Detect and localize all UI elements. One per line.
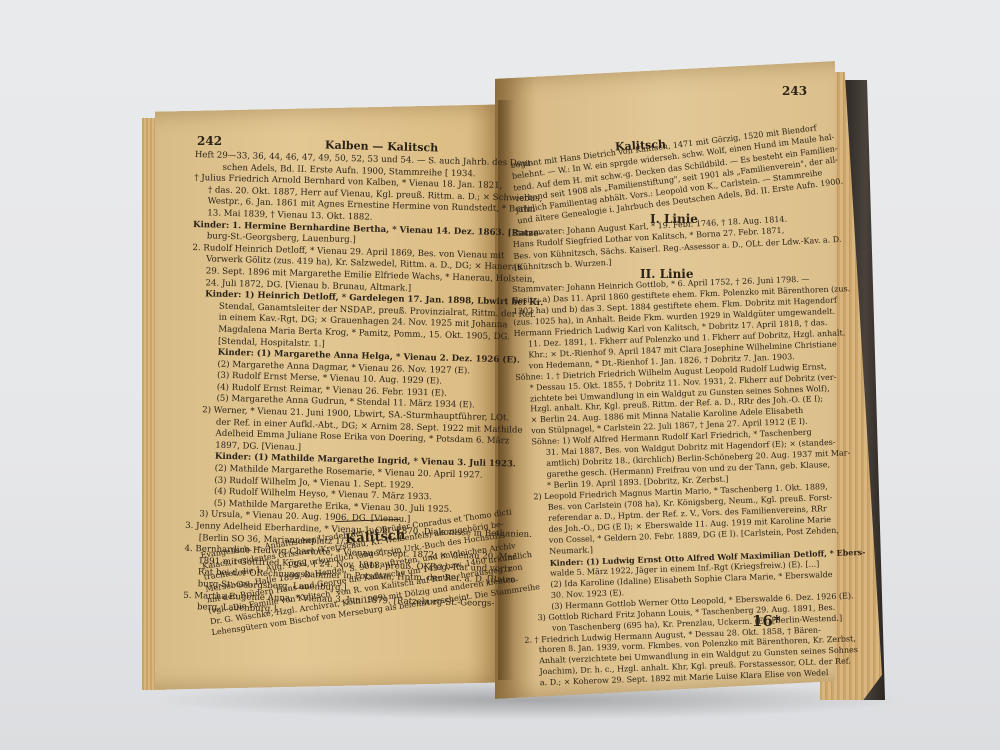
signature-mark: 16* xyxy=(752,612,781,630)
linie-2-text: Stammvater: Johann Heinrich Gottlob, * 6… xyxy=(512,273,870,690)
left-page-number: 242 xyxy=(197,134,222,148)
right-page-number: 243 xyxy=(782,84,807,98)
